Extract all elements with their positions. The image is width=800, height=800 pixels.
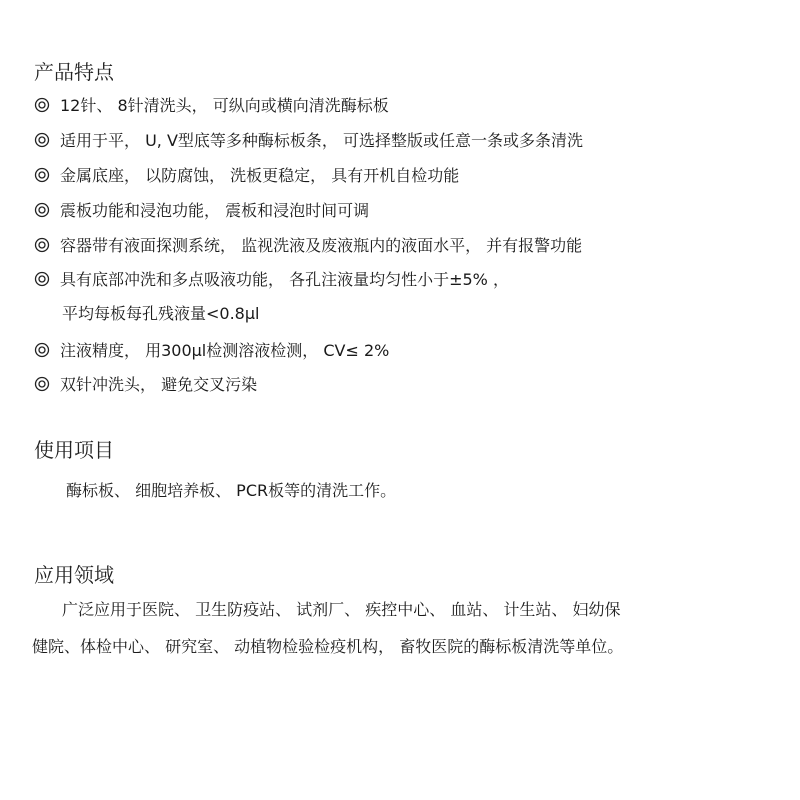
feature-text: 震板功能和浸泡功能， 震板和浸泡时间可调 (60, 201, 369, 220)
feature-text: 双针冲洗头， 避免交叉污染 (60, 375, 257, 394)
feature-item: 双针冲洗头， 避免交叉污染 (34, 375, 257, 395)
feature-item: 震板功能和浸泡功能， 震板和浸泡时间可调 (34, 201, 369, 221)
feature-item: 具有底部冲洗和多点吸液功能， 各孔注液量均匀性小于±5% ， (34, 270, 509, 290)
feature-text: 金属底座， 以防腐蚀， 洗板更稳定， 具有开机自检功能 (60, 166, 459, 185)
usage-heading: 使用项目 (34, 434, 114, 463)
feature-item: 容器带有液面探测系统， 监视洗液及废液瓶内的液面水平， 并有报警功能 (34, 236, 582, 256)
feature-text: 12针、 8针清洗头， 可纵向或横向清洗酶标板 (60, 96, 389, 115)
application-heading: 应用领域 (34, 559, 114, 588)
feature-text: 具有底部冲洗和多点吸液功能， 各孔注液量均匀性小于±5% ， (60, 270, 509, 289)
feature-item: 12针、 8针清洗头， 可纵向或横向清洗酶标板 (34, 96, 389, 116)
double-circle-icon (34, 237, 50, 253)
feature-item: 金属底座， 以防腐蚀， 洗板更稳定， 具有开机自检功能 (34, 166, 459, 186)
double-circle-icon (34, 132, 50, 148)
feature-item: 注液精度， 用300μl检测溶液检测， CV≤ 2% (34, 341, 389, 361)
double-circle-icon (34, 271, 50, 287)
features-heading: 产品特点 (34, 56, 114, 85)
double-circle-icon (34, 342, 50, 358)
double-circle-icon (34, 167, 50, 183)
application-text-line2: 健院、体检中心、 研究室、 动植物检验检疫机构， 畜牧医院的酶标板清洗等单位。 (32, 637, 623, 657)
feature-text: 适用于平， U, V型底等多种酶标板条， 可选择整版或任意一条或多条清洗 (60, 131, 583, 150)
usage-text: 酶标板、 细胞培养板、 PCR板等的清洗工作。 (66, 481, 396, 501)
feature-continuation: 平均每板每孔残液量<0.8μl (62, 304, 259, 324)
double-circle-icon (34, 202, 50, 218)
feature-text: 容器带有液面探测系统， 监视洗液及废液瓶内的液面水平， 并有报警功能 (60, 236, 582, 255)
feature-text: 注液精度， 用300μl检测溶液检测， CV≤ 2% (60, 341, 389, 360)
feature-item: 适用于平， U, V型底等多种酶标板条， 可选择整版或任意一条或多条清洗 (34, 131, 583, 151)
double-circle-icon (34, 376, 50, 392)
application-text-line1: 广泛应用于医院、 卫生防疫站、 试剂厂、 疾控中心、 血站、 计生站、 妇幼保 (62, 600, 621, 620)
double-circle-icon (34, 97, 50, 113)
